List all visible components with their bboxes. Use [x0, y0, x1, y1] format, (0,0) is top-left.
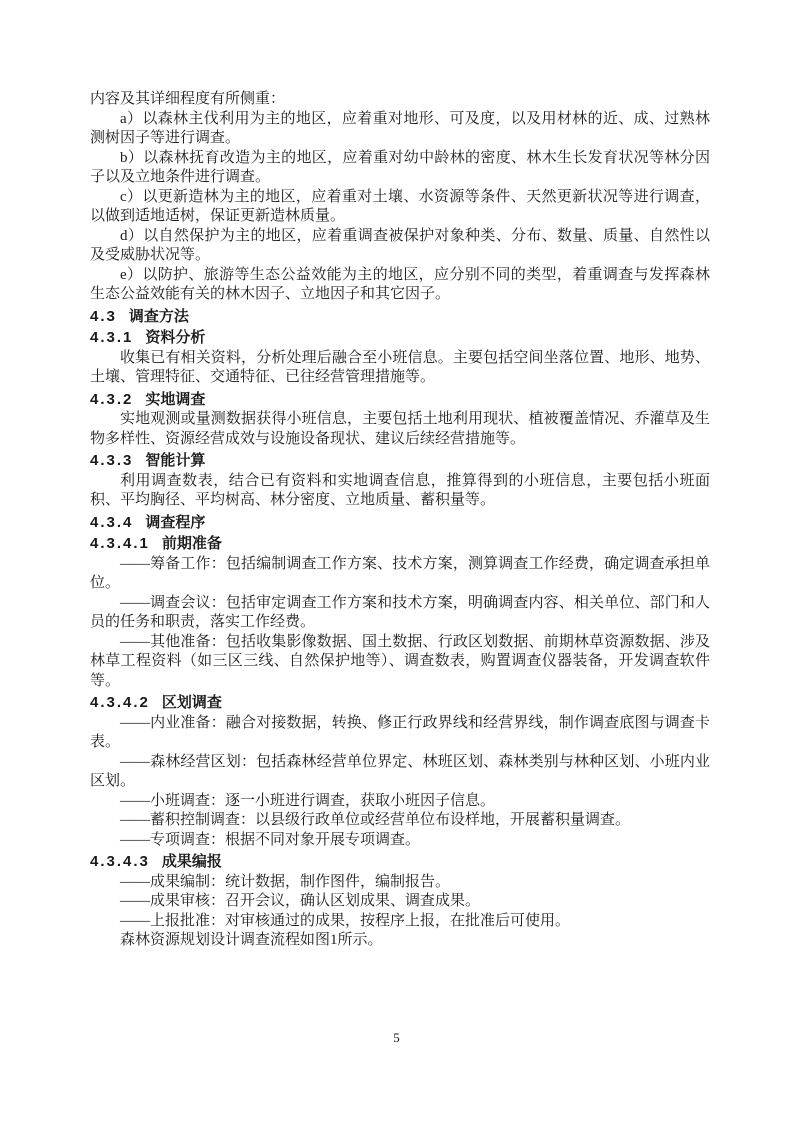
heading-title: 实地调查 — [145, 391, 205, 408]
section-heading-4-3-4-3: 4.3.4.3成果编报 — [90, 852, 710, 872]
heading-title: 前期准备 — [162, 535, 222, 552]
dash-item: ——成果审核：召开会议，确认区划成果、调查成果。 — [90, 892, 710, 912]
section-heading-4-3-4: 4.3.4调查程序 — [90, 513, 710, 533]
heading-number: 4.3 — [90, 308, 117, 325]
heading-title: 资料分析 — [145, 329, 205, 346]
heading-title: 智能计算 — [145, 452, 205, 469]
list-item: b）以森林抚育改造为主的地区，应着重对幼中龄林的密度、林木生长发育状况等林分因子… — [90, 149, 710, 188]
section-heading-4-3-4-2: 4.3.4.2区划调查 — [90, 693, 710, 713]
list-item: d）以自然保护为主的地区，应着重调查被保护对象种类、分布、数量、质量、自然性以及… — [90, 227, 710, 266]
paragraph: 森林资源规划设计调查流程如图1所示。 — [90, 931, 710, 951]
heading-title: 成果编报 — [162, 853, 222, 870]
dash-item: ——调查会议：包括审定调查工作方案和技术方案，明确调查内容、相关单位、部门和人员… — [90, 594, 710, 633]
dash-item: ——成果编制：统计数据，制作图件，编制报告。 — [90, 873, 710, 893]
heading-title: 调查程序 — [145, 514, 205, 531]
dash-item: ——小班调查：逐一小班进行调查，获取小班因子信息。 — [90, 792, 710, 812]
heading-title: 调查方法 — [129, 308, 189, 325]
section-heading-4-3-4-1: 4.3.4.1前期准备 — [90, 534, 710, 554]
dash-item: ——上报批准：对审核通过的成果，按程序上报，在批准后可使用。 — [90, 912, 710, 932]
dash-item: ——专项调查：根据不同对象开展专项调查。 — [90, 831, 710, 851]
heading-number: 4.3.1 — [90, 329, 133, 346]
dash-item: ——森林经营区划：包括森林经营单位界定、林班区划、森林类别与林种区划、小班内业区… — [90, 753, 710, 792]
section-heading-4-3-3: 4.3.3智能计算 — [90, 451, 710, 471]
dash-item: ——蓄积控制调查：以县级行政单位或经营单位布设样地，开展蓄积量调查。 — [90, 811, 710, 831]
document-content: 内容及其详细程度有所侧重：a）以森林主伐利用为主的地区，应着重对地形、可及度，以… — [90, 90, 710, 951]
heading-number: 4.3.4.2 — [90, 694, 150, 711]
dash-item: ——其他准备：包括收集影像数据、国土数据、行政区划数据、前期林草资源数据、涉及林… — [90, 633, 710, 692]
paragraph: 实地观测或量测数据获得小班信息，主要包括土地利用现状、植被覆盖情况、乔灌草及生物… — [90, 410, 710, 449]
page-number: 5 — [0, 1030, 793, 1046]
heading-number: 4.3.3 — [90, 452, 133, 469]
heading-number: 4.3.4.1 — [90, 535, 150, 552]
section-heading-4-3: 4.3调查方法 — [90, 307, 710, 327]
section-heading-4-3-2: 4.3.2实地调查 — [90, 390, 710, 410]
list-item: c）以更新造林为主的地区，应着重对土壤、水资源等条件、天然更新状况等进行调查，以… — [90, 188, 710, 227]
paragraph: 内容及其详细程度有所侧重： — [90, 90, 710, 110]
dash-item: ——内业准备：融合对接数据，转换、修正行政界线和经营界线，制作调查底图与调查卡表… — [90, 714, 710, 753]
dash-item: ——筹备工作：包括编制调查工作方案、技术方案，测算调查工作经费，确定调查承担单位… — [90, 555, 710, 594]
heading-number: 4.3.4 — [90, 514, 133, 531]
heading-title: 区划调查 — [162, 694, 222, 711]
paragraph: 利用调查数表，结合已有资料和实地调查信息，推算得到的小班信息，主要包括小班面积、… — [90, 472, 710, 511]
heading-number: 4.3.2 — [90, 391, 133, 408]
heading-number: 4.3.4.3 — [90, 853, 150, 870]
paragraph: 收集已有相关资料，分析处理后融合至小班信息。主要包括空间坐落位置、地形、地势、土… — [90, 349, 710, 388]
section-heading-4-3-1: 4.3.1资料分析 — [90, 328, 710, 348]
list-item: a）以森林主伐利用为主的地区，应着重对地形、可及度，以及用材林的近、成、过熟林测… — [90, 110, 710, 149]
list-item: e）以防护、旅游等生态公益效能为主的地区，应分别不同的类型，着重调查与发挥森林生… — [90, 266, 710, 305]
document-page: 内容及其详细程度有所侧重：a）以森林主伐利用为主的地区，应着重对地形、可及度，以… — [0, 0, 793, 1121]
